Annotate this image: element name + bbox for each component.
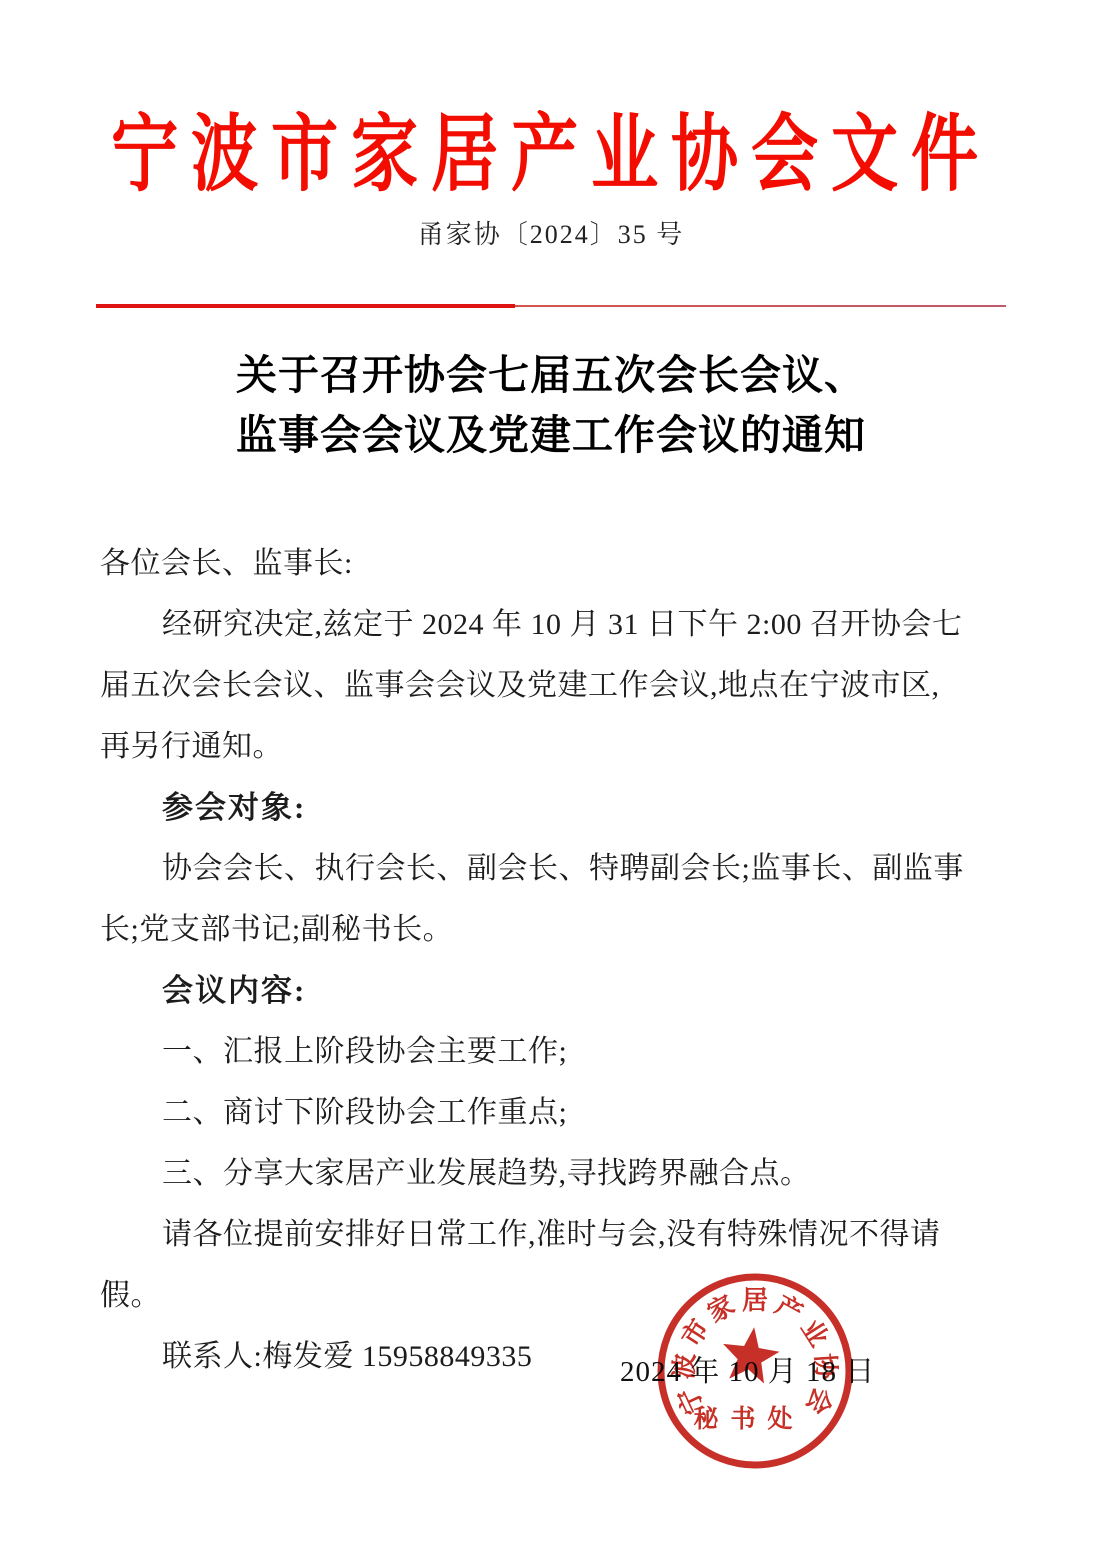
seal-org-char: 家 — [703, 1290, 740, 1328]
official-document-page: 宁波市家居产业协会文件 甬家协〔2024〕35 号 关于召开协会七届五次会长会议… — [0, 0, 1102, 1559]
seal-org-char: 产 — [771, 1289, 808, 1328]
body-line: 再另行通知。 — [100, 716, 1006, 777]
seal-org-char: 协 — [810, 1352, 841, 1381]
seal-org-char: 市 — [676, 1314, 714, 1352]
notice-title: 关于召开协会七届五次会长会议、 监事会会议及党建工作会议的通知 — [0, 345, 1102, 465]
body-line: 假。 — [100, 1265, 1006, 1326]
notice-title-line1: 关于召开协会七届五次会长会议、 — [0, 345, 1102, 405]
section-heading-agenda: 会议内容: — [100, 960, 1006, 1021]
body-line: 届五次会长会议、监事会会议及党建工作会议,地点在宁波市区, — [100, 655, 1006, 716]
seal-org-char: 业 — [795, 1314, 833, 1352]
body-line: 请各位提前安排好日常工作,准时与会,没有特殊情况不得请 — [100, 1204, 1006, 1265]
divider-right-segment — [515, 305, 1006, 307]
agenda-item-1: 一、汇报上阶段协会主要工作; — [100, 1021, 1006, 1082]
agenda-item-2: 二、商讨下阶段协会工作重点; — [100, 1082, 1006, 1143]
salutation-line: 各位会长、监事长: — [100, 533, 1006, 594]
seal-star-icon — [718, 1323, 782, 1385]
body-line: 长;党支部书记;副秘书长。 — [100, 899, 1006, 960]
letterhead-org-title: 宁波市家居产业协会文件 — [110, 0, 992, 198]
notice-body: 各位会长、监事长: 经研究决定,兹定于 2024 年 10 月 31 日下午 2… — [100, 533, 1006, 1387]
agenda-item-3: 三、分享大家居产业发展趋势,寻找跨界融合点。 — [100, 1143, 1006, 1204]
document-number: 甬家协〔2024〕35 号 — [0, 220, 1102, 250]
seal-org-char: 波 — [669, 1352, 700, 1380]
body-line: 经研究决定,兹定于 2024 年 10 月 31 日下午 2:00 召开协会七 — [100, 594, 1006, 655]
seal-graphic: 秘书处 宁波市家居产业协会 — [653, 1269, 857, 1473]
seal-department-text: 秘书处 — [693, 1405, 804, 1433]
letterhead-divider — [96, 304, 1006, 309]
divider-left-segment — [96, 304, 515, 308]
section-heading-attendees: 参会对象: — [100, 777, 1006, 838]
notice-title-line2: 监事会会议及党建工作会议的通知 — [0, 405, 1102, 465]
official-seal: 秘书处 宁波市家居产业协会 — [653, 1269, 857, 1473]
body-line: 协会会长、执行会长、副会长、特聘副会长;监事长、副监事 — [100, 838, 1006, 899]
seal-org-char: 居 — [742, 1286, 768, 1315]
seal-org-char: 会 — [800, 1383, 837, 1419]
